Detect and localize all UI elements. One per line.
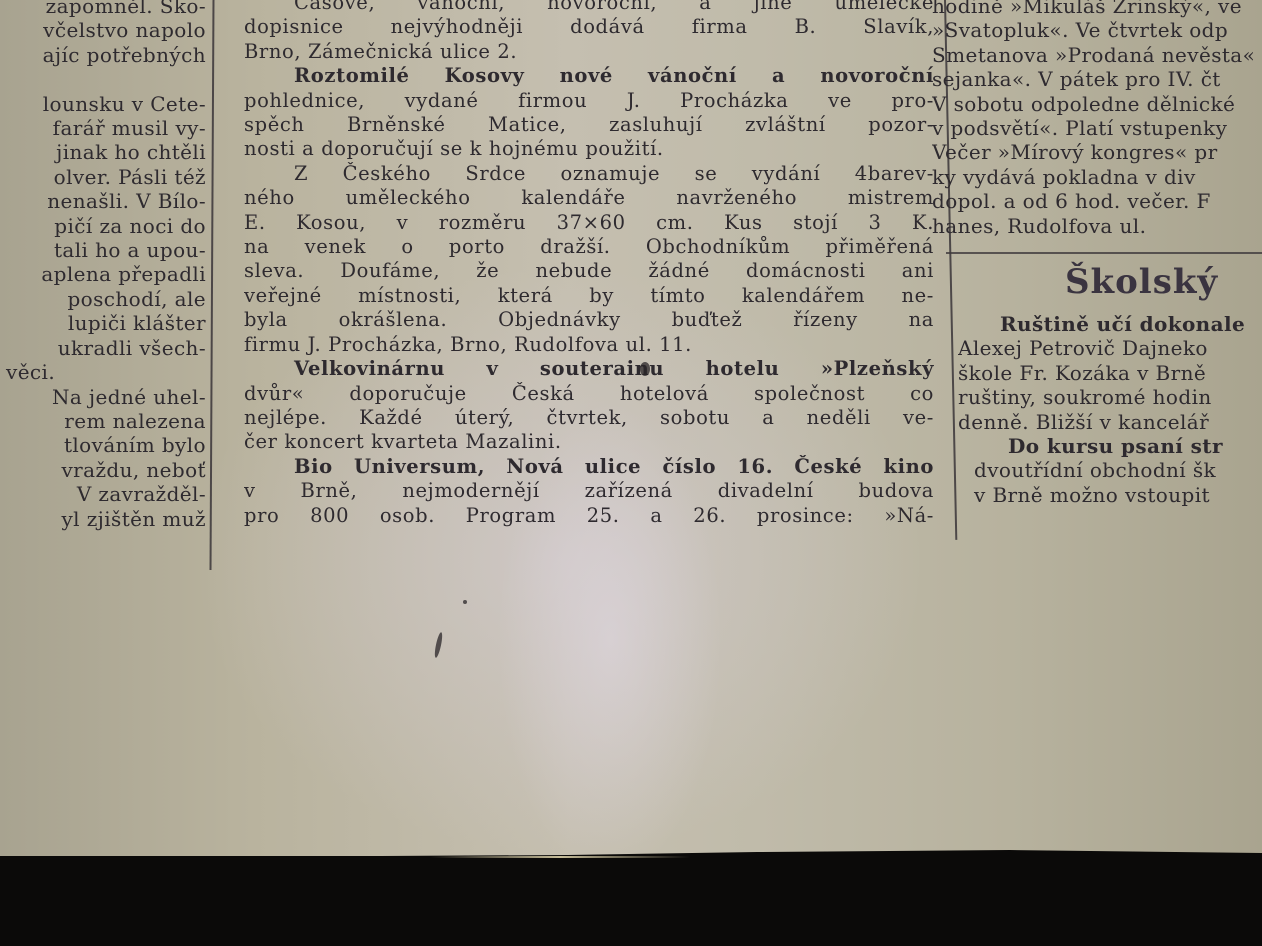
text-line: nejlépe. Každé úterý, čtvrtek, sobotu a … — [244, 406, 934, 430]
text-line: Alexej Petrovič Dajneko — [958, 336, 1262, 360]
text-line: byla okrášlena. Objednávky buďtež řízeny… — [244, 308, 934, 332]
text-line: věci. — [0, 360, 206, 384]
text-line: ajíc potřebných — [0, 43, 206, 67]
text-line: Večer »Mírový kongres« pr — [932, 140, 1262, 164]
text-line: rem nalezena — [0, 409, 206, 433]
text-line: dvůr« doporučuje Česká hotelová společno… — [244, 382, 934, 406]
text-line: hodině »Mikuláš Zrinský«, ve — [932, 0, 1262, 18]
text-line: lupiči klášter — [0, 311, 206, 335]
text-line: Časově, vánoční, novoroční, a jiné uměle… — [244, 0, 934, 15]
text-line: Velkovinárnu v souterainu hotelu »Plzeňs… — [244, 357, 934, 381]
text-line: tali ho a upou- — [0, 238, 206, 262]
text-line: dopol. a od 6 hod. večer. F — [932, 189, 1262, 213]
text-line: vraždu, neboť — [0, 458, 206, 482]
text-line: Roztomilé Kosovy nové vánoční a novoročn… — [244, 64, 934, 88]
text-line: olver. Pásli též — [0, 165, 206, 189]
text-line: v Brně, nejmodernějí zařízená divadelní … — [244, 479, 934, 503]
text-line: zapomněl. Ško- — [0, 0, 206, 18]
text-line: pro 800 osob. Program 25. a 26. prosince… — [244, 504, 934, 528]
text-line: ky vydává pokladna v div — [932, 165, 1262, 189]
ink-speck — [640, 362, 650, 376]
text-line: dvoutřídní obchodní šk — [958, 458, 1262, 482]
text-line: sejanka«. V pátek pro IV. čt — [932, 67, 1262, 91]
text-line: V zavražděl- — [0, 482, 206, 506]
text-line: nenašli. V Bílo- — [0, 189, 206, 213]
text-line: Brno, Zámečnická ulice 2. — [244, 40, 934, 64]
text-line: »Svatopluk«. Ve čtvrtek odp — [932, 18, 1262, 42]
text-line: ukradli všech- — [0, 336, 206, 360]
page-edge-glint — [430, 856, 690, 858]
text-line: ného uměleckého kalendáře navrženého mis… — [244, 186, 934, 210]
text-line: na venek o porto dražší. Obchodníkům při… — [244, 235, 934, 259]
text-line: čer koncert kvarteta Mazalini. — [244, 430, 934, 454]
text-line: tlováním bylo — [0, 433, 206, 457]
text-line: veřejné místnosti, která by tímto kalend… — [244, 284, 934, 308]
text-line: včelstvo napolo — [0, 18, 206, 42]
text-line: denně. Bližší v kancelář — [958, 410, 1262, 434]
text-line: yl zjištěn muž — [0, 507, 206, 531]
text-line: V sobotu odpoledne dělnické — [932, 92, 1262, 116]
text-line: Na jedné uhel- — [0, 385, 206, 409]
text-line: Bio Universum, Nová ulice číslo 16. Česk… — [244, 455, 934, 479]
text-line: aplena přepadli — [0, 262, 206, 286]
text-line: spěch Brněnské Matice, zasluhují zvláštn… — [244, 113, 934, 137]
text-line — [0, 67, 206, 91]
right-column: hodině »Mikuláš Zrinský«, ve »Svatopluk«… — [932, 0, 1262, 238]
text-line: ruštiny, soukromé hodin — [958, 385, 1262, 409]
text-line: sleva. Doufáme, že nebude žádné domácnos… — [244, 259, 934, 283]
text-line: E. Kosou, v rozměru 37×60 cm. Kus stojí … — [244, 211, 934, 235]
text-line: Smetanova »Prodaná nevěsta« — [932, 43, 1262, 67]
text-line: jinak ho chtěli — [0, 140, 206, 164]
text-line: pičí za noci do — [0, 214, 206, 238]
text-line: dopisnice nejvýhodněji dodává firma B. S… — [244, 15, 934, 39]
text-line: poschodí, ale — [0, 287, 206, 311]
middle-column: Časově, vánoční, novoroční, a jiné uměle… — [244, 0, 934, 528]
text-line: farář musil vy- — [0, 116, 206, 140]
text-line: škole Fr. Kozáka v Brně — [958, 361, 1262, 385]
left-column: zapomněl. Ško- včelstvo napolo ajíc potř… — [0, 0, 206, 531]
text-line: firmu J. Procházka, Brno, Rudolfova ul. … — [244, 333, 934, 357]
text-line: v podsvětí«. Platí vstupenky — [932, 116, 1262, 140]
text-line: Do kursu psaní str — [958, 434, 1262, 458]
text-line: Z Českého Srdce oznamuje se vydání 4bare… — [244, 162, 934, 186]
text-line: nosti a doporučují se k hojnému použití. — [244, 137, 934, 161]
section-divider — [946, 252, 1262, 254]
text-line: hanes, Rudolfova ul. — [932, 214, 1262, 238]
text-line: v Brně možno vstoupit — [958, 483, 1262, 507]
text-line: lounsku v Cete- — [0, 92, 206, 116]
right-column-section: Ruštině učí dokonale Alexej Petrovič Daj… — [958, 312, 1262, 507]
ink-speck — [463, 600, 467, 604]
section-heading: Školský — [1065, 262, 1218, 302]
text-line: pohlednice, vydané firmou J. Procházka v… — [244, 89, 934, 113]
text-line: Ruštině učí dokonale — [958, 312, 1262, 336]
